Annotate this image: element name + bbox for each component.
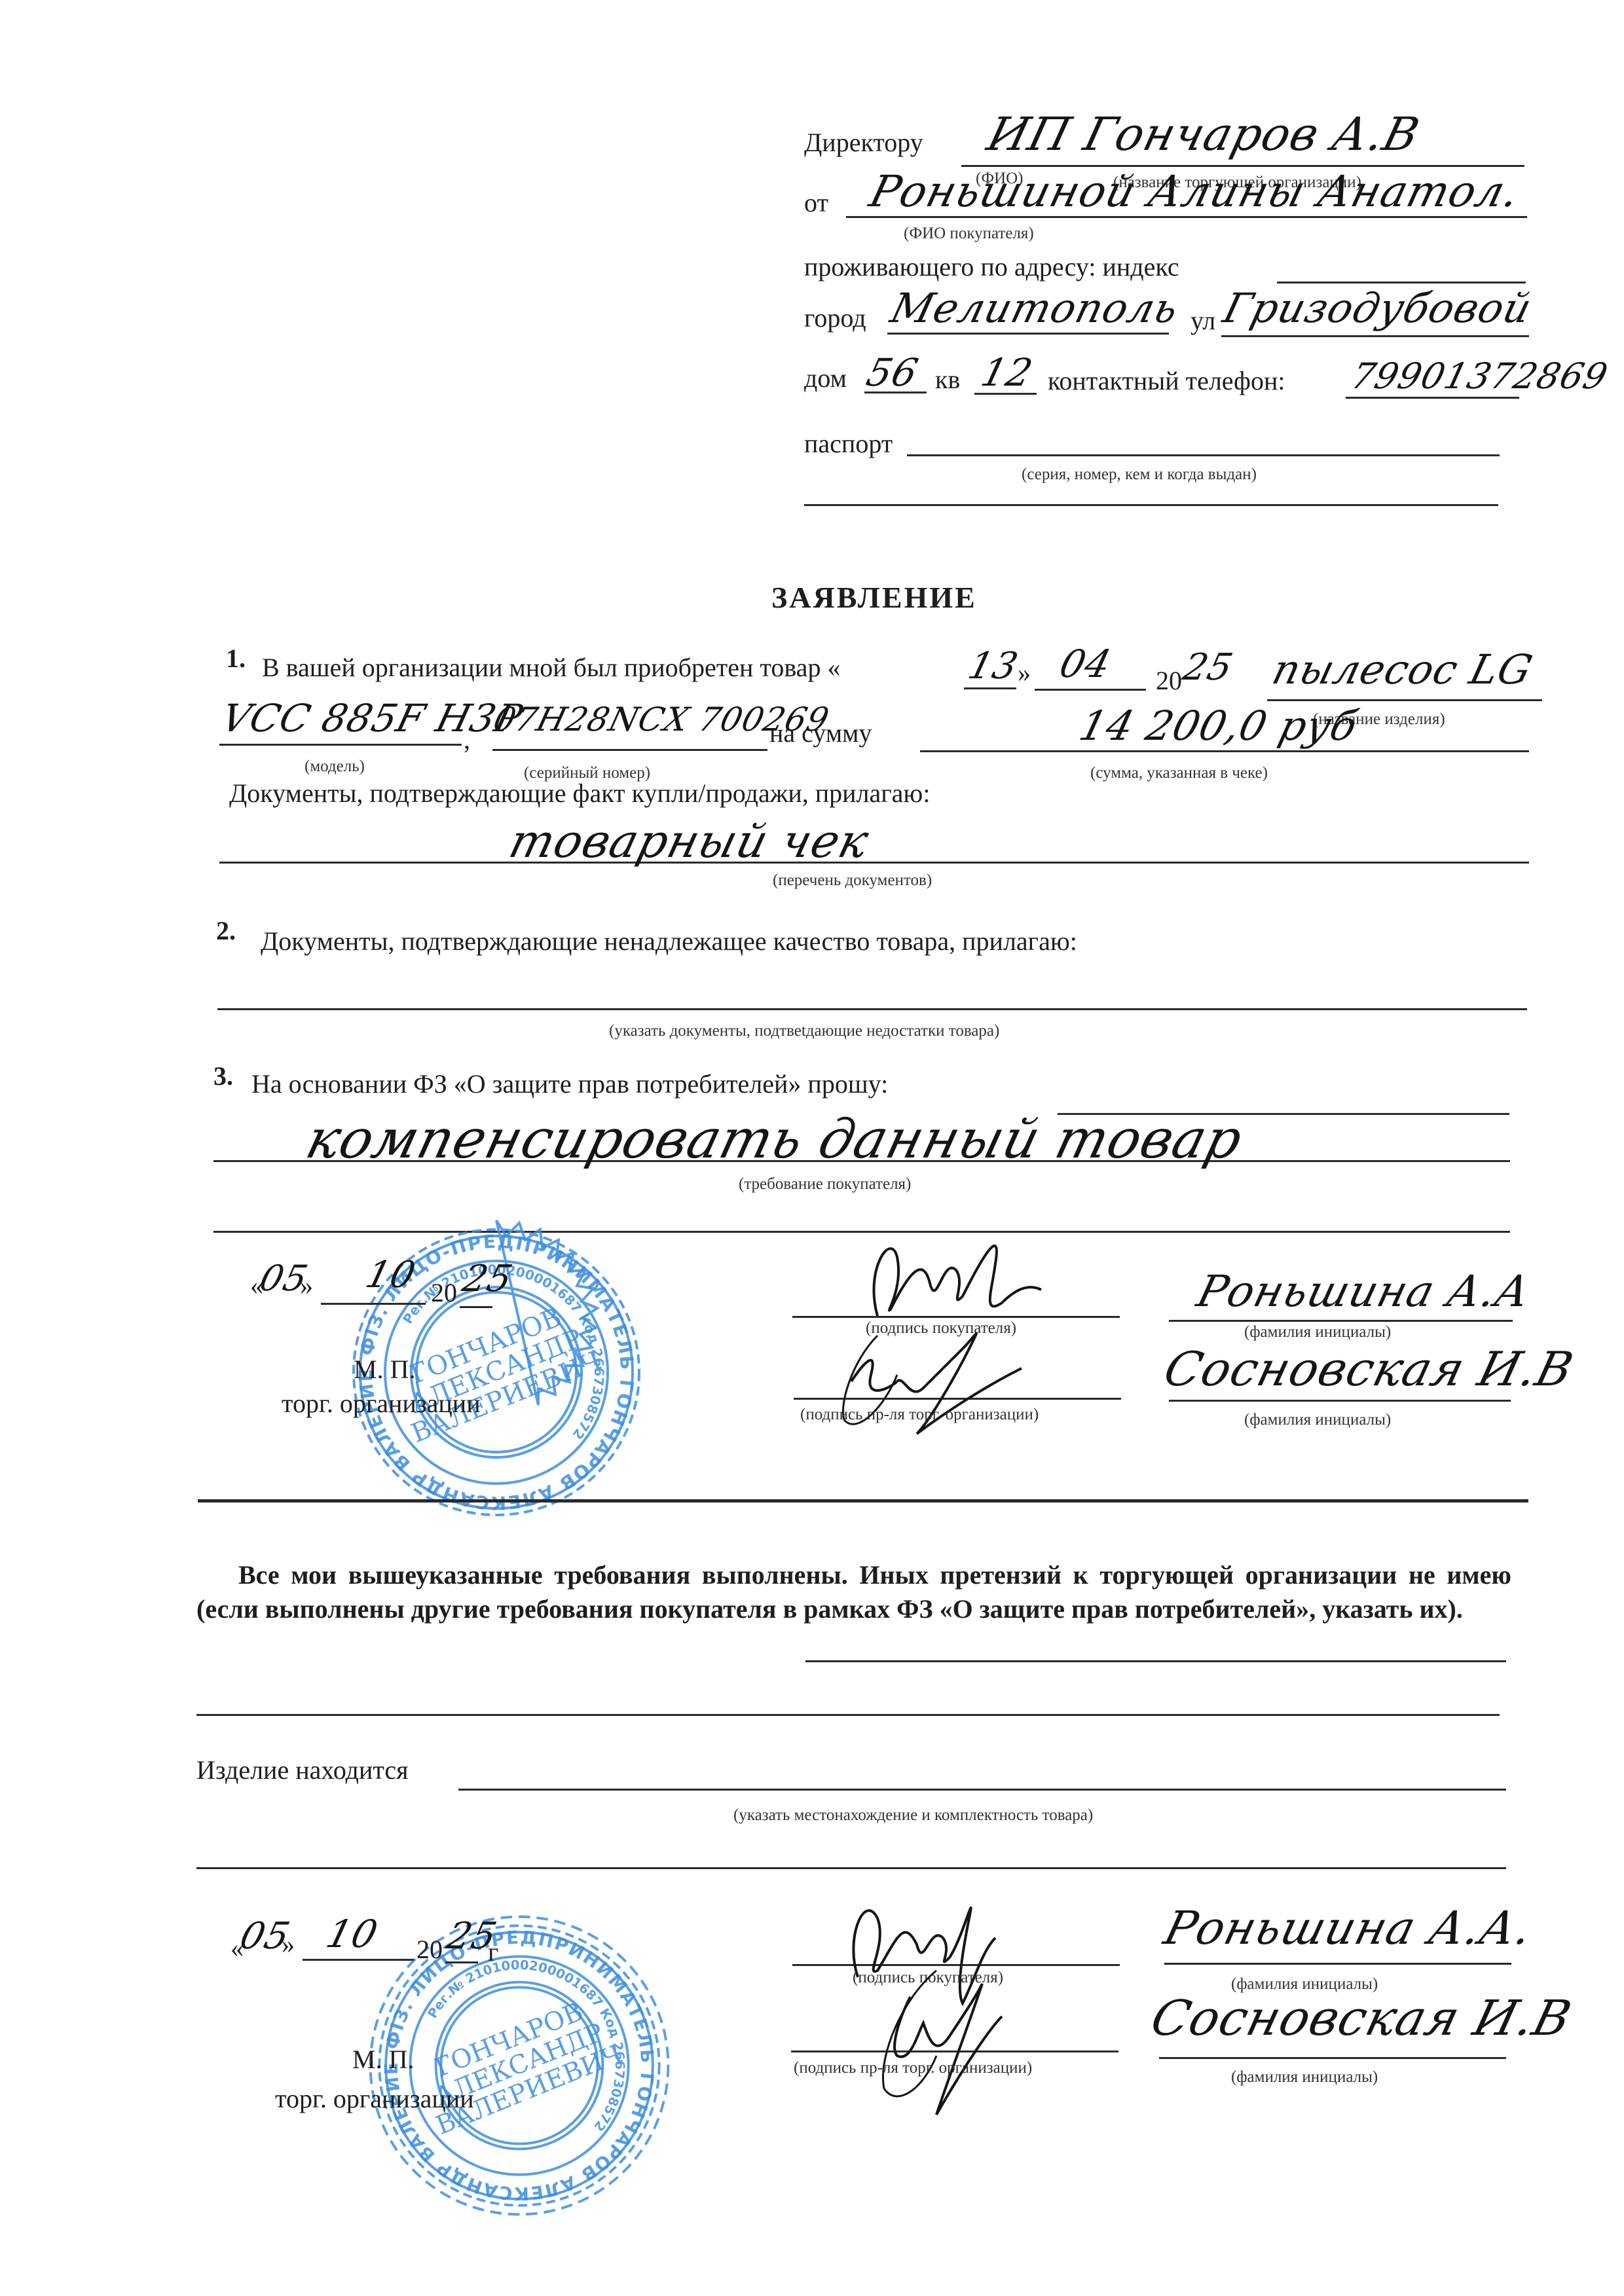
- docs-field[interactable]: товарный чек: [505, 818, 873, 864]
- section3-field[interactable]: компенсировать данный товар: [301, 1113, 1248, 1167]
- date2-month-field[interactable]: 10: [323, 1915, 382, 1953]
- city-field[interactable]: Мелитополь: [887, 288, 1183, 329]
- address-label: проживающего по адресу: индекс: [804, 254, 1179, 280]
- index-field-line: [1277, 282, 1526, 283]
- section2-text: Документы, подтверждающие ненадлежащее к…: [261, 928, 1077, 955]
- apt-field[interactable]: 12: [978, 354, 1037, 392]
- section3-caption: (требование покупателя): [739, 1176, 911, 1192]
- section-divider: [198, 1499, 1528, 1503]
- buyer-name2-line: [1164, 1963, 1511, 1965]
- from-field[interactable]: Роньшиной Алины Анатол.: [866, 170, 1524, 213]
- section3-text: На основании ФЗ «О защите прав потребите…: [251, 1071, 888, 1097]
- purchase-year-prefix: 20: [1156, 668, 1182, 694]
- buyer-name1-field[interactable]: Роньшина А.А: [1193, 1270, 1535, 1313]
- serial-line: [492, 749, 767, 751]
- sum-line: [920, 750, 1529, 752]
- date1-year-field[interactable]: 25: [459, 1261, 516, 1298]
- sum-label: на сумму: [769, 720, 872, 746]
- seller-name1-line: [1169, 1400, 1511, 1402]
- purchase-day-line: [964, 687, 1016, 689]
- resolution-line-1: [805, 1660, 1506, 1662]
- seller-name1-field[interactable]: Сосновская И.В: [1160, 1345, 1578, 1393]
- buyer-name1-caption: (фамилия инициалы): [1244, 1324, 1391, 1340]
- date2-day-close: »: [282, 1931, 295, 1958]
- section3-number: 3.: [213, 1063, 233, 1089]
- mp1-org-label: торг. организации: [282, 1391, 481, 1417]
- docs-label: Документы, подтверждающие факт купли/про…: [229, 780, 930, 807]
- phone-label: контактный телефон:: [1048, 368, 1285, 394]
- passport-label: паспорт: [804, 431, 893, 457]
- seller-sig1-caption: (подпись пр-ля торг. организации): [800, 1406, 1039, 1423]
- from-label: от: [804, 190, 828, 216]
- product-line: [1267, 699, 1542, 701]
- seller-sig2-caption: (подпись пр-ля торг. организации): [794, 2060, 1032, 2076]
- location-caption: (указать местонахождение и комплектность…: [733, 1807, 1093, 1823]
- resolution-line-2: [196, 1714, 1500, 1716]
- seller-signature-2[interactable]: [838, 1958, 1048, 2128]
- seller-name2-field[interactable]: Сосновская И.В: [1147, 1994, 1576, 2043]
- date2-year-prefix: 20: [416, 1937, 443, 1963]
- seller-name2-line: [1159, 2057, 1506, 2059]
- seller-name2-caption: (фамилия инициалы): [1231, 2069, 1378, 2085]
- passport-field-line: [907, 454, 1500, 456]
- city-label: город: [804, 305, 866, 331]
- street-label: ул: [1190, 308, 1215, 334]
- city-field-line: [887, 333, 1169, 335]
- sum-caption: (сумма, указанная в чеке): [1090, 765, 1268, 781]
- street-field[interactable]: Гризодубовой: [1219, 288, 1536, 329]
- mp2-label: М. П.: [352, 2047, 414, 2073]
- model-line: [219, 744, 462, 746]
- seller-name1-caption: (фамилия инициалы): [1244, 1412, 1391, 1428]
- house-field[interactable]: 56: [863, 354, 922, 392]
- purchase-year-field[interactable]: 25: [1179, 649, 1236, 686]
- product-field[interactable]: пылесос LG: [1268, 649, 1536, 690]
- purchase-day-close: »: [1018, 660, 1031, 686]
- phone-field[interactable]: 79901372869: [1348, 359, 1611, 394]
- docs-caption: (перечень документов): [773, 872, 932, 888]
- date2-year-line: [445, 1961, 478, 1963]
- signature-icon: [838, 1958, 1048, 2128]
- passport-field-line-2: [804, 504, 1498, 506]
- mp2-org-label: торг. организации: [275, 2086, 474, 2112]
- page-title: ЗАЯВЛЕНИЕ: [771, 580, 977, 615]
- apt-label: кв: [935, 367, 960, 393]
- location-line-2: [196, 1867, 1506, 1869]
- purchase-month-line: [1035, 689, 1146, 691]
- date1-year-line: [460, 1306, 492, 1308]
- model-caption: (модель): [304, 758, 365, 774]
- buyer-name2-field[interactable]: Роньшина А.А.: [1160, 1905, 1537, 1951]
- date2-year-g: г: [488, 1939, 498, 1965]
- to-field[interactable]: ИП Гончаров А.В: [983, 111, 1424, 157]
- resolution-text: Все мои вышеуказанные требования выполне…: [196, 1558, 1511, 1626]
- phone-field-line: [1346, 397, 1519, 399]
- house-label: дом: [804, 365, 847, 392]
- street-field-line: [1221, 335, 1529, 337]
- section1-number: 1.: [226, 646, 246, 672]
- from-caption: (ФИО покупателя): [904, 225, 1034, 242]
- date1-year-prefix: 20: [431, 1280, 457, 1306]
- section2-caption: (указать документы, подтвеtдающие недост…: [609, 1023, 999, 1039]
- model-comma: ,: [464, 727, 470, 753]
- location-label: Изделие находится: [196, 1757, 409, 1783]
- to-label: Директору: [804, 130, 923, 156]
- buyer-name1-line: [1169, 1320, 1513, 1322]
- section2-line: [217, 1008, 1527, 1010]
- docs-line: [219, 862, 1529, 864]
- location-line: [458, 1789, 1506, 1791]
- section1-text: В вашей организации мной был приобретен …: [262, 655, 840, 681]
- date2-month-line: [303, 1959, 414, 1961]
- sum-field[interactable]: 14 200,0 руб: [1075, 706, 1361, 746]
- passport-caption: (серия, номер, кем и когда выдан): [1022, 466, 1257, 483]
- date1-month-line: [321, 1303, 426, 1305]
- model-field[interactable]: VCC 885F H3P: [218, 699, 526, 737]
- date1-month-field[interactable]: 10: [362, 1257, 419, 1294]
- section2-number: 2.: [216, 918, 236, 944]
- mp1-label: М. П.: [354, 1357, 415, 1383]
- date1-day-close: »: [300, 1273, 313, 1299]
- purchase-day-field[interactable]: 13: [965, 648, 1022, 685]
- purchase-month-field[interactable]: 04: [1056, 645, 1115, 683]
